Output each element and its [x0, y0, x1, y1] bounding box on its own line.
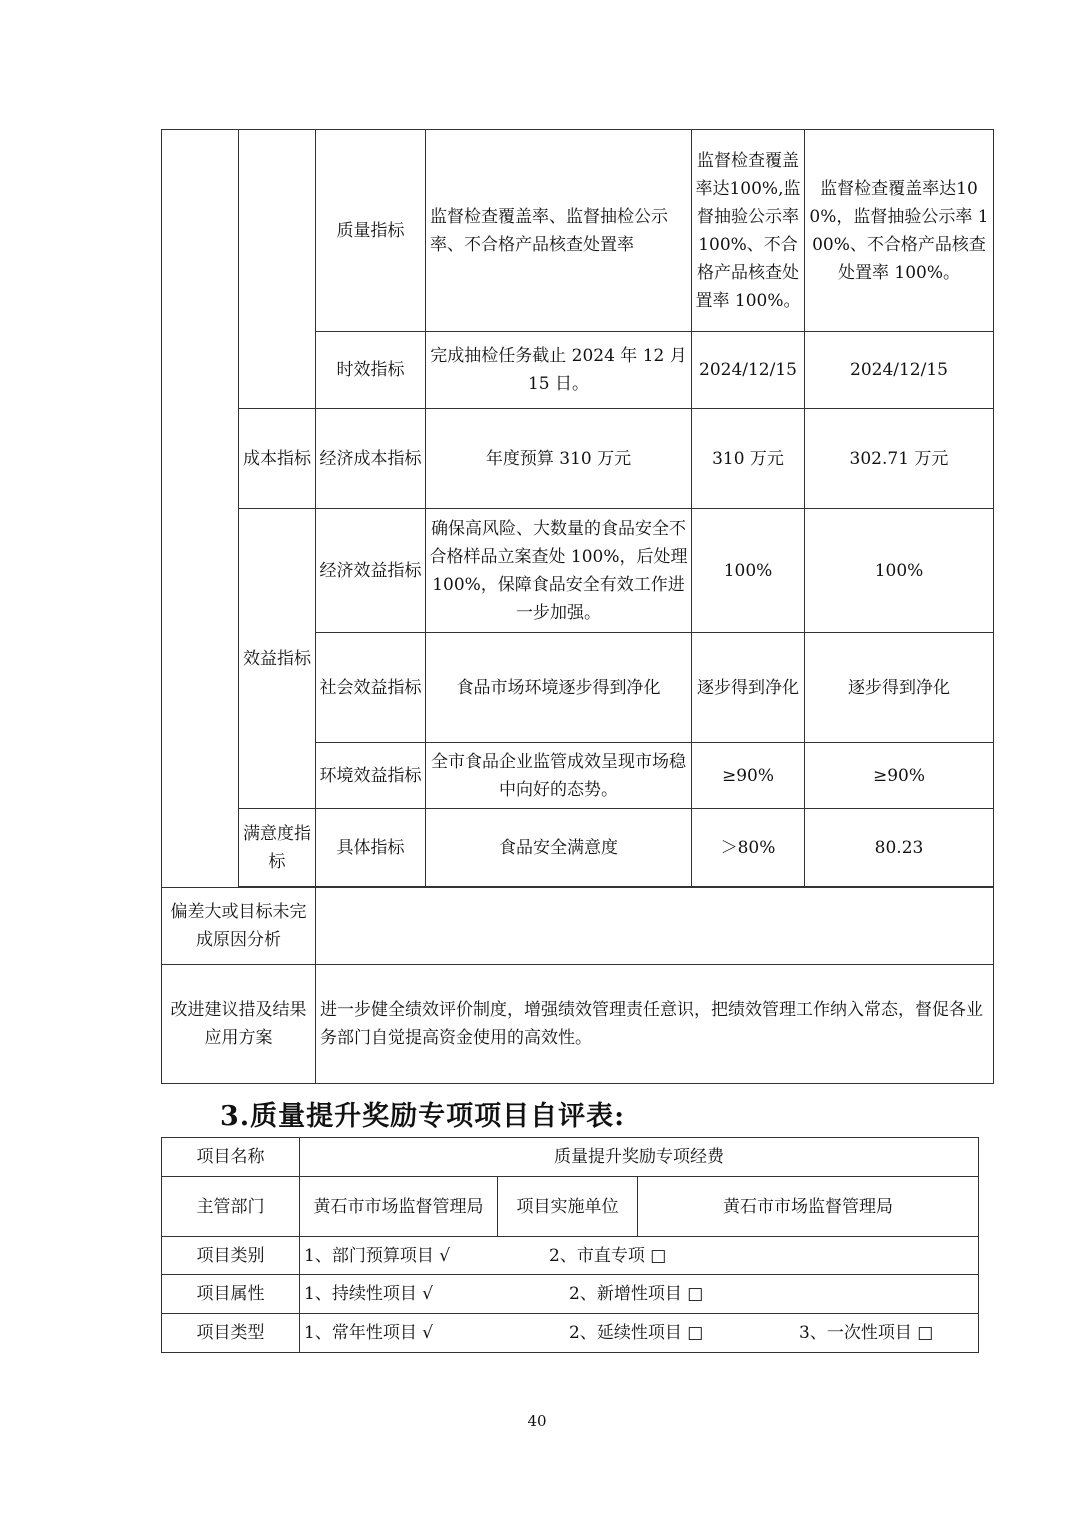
project-info-table: 项目名称 质量提升奖励专项经费 主管部门 黄石市市场监督管理局 项目实施单位 黄… [161, 1137, 979, 1353]
blank-category-cell [239, 130, 316, 409]
actual-cell: 302.71 万元 [805, 409, 994, 509]
impl-value: 黄石市市场监督管理局 [638, 1177, 979, 1237]
target-cell: 逐步得到净化 [692, 633, 805, 743]
table-row: 项目名称 质量提升奖励专项经费 [162, 1138, 979, 1177]
section-heading: 3.质量提升奖励专项项目自评表: [220, 1094, 625, 1133]
deviation-label: 偏差大或目标未完成原因分析 [162, 888, 316, 965]
project-name-label: 项目名称 [162, 1138, 300, 1177]
category-option-city: 2、市直专项 □ [549, 1242, 666, 1270]
metric-cell: 具体指标 [316, 809, 426, 887]
improvement-label: 改进建议措及结果应用方案 [162, 965, 316, 1084]
table-row: 项目类别 1、部门预算项目 √2、市直专项 □ [162, 1237, 979, 1275]
impl-label: 项目实施单位 [498, 1177, 638, 1237]
actual-cell: 80.23 [805, 809, 994, 887]
table-row: 项目属性 1、持续性项目 √2、新增性项目 □ [162, 1275, 979, 1314]
deviation-value [316, 888, 994, 965]
actual-cell: 逐步得到净化 [805, 633, 994, 743]
improvement-value: 进一步健全绩效评价制度，增强绩效管理责任意识，把绩效管理工作纳入常态，督促各业务… [316, 965, 994, 1084]
indicator-cell: 确保高风险、大数量的食品安全不合格样品立案查处 100%，后处理 100%，保障… [426, 509, 692, 633]
type-option-annual: 1、常年性项目 √ [304, 1319, 569, 1347]
indicator-cell: 全市食品企业监管成效呈现市场稳中向好的态势。 [426, 743, 692, 809]
metric-cell: 经济成本指标 [316, 409, 426, 509]
metric-cell: 时效指标 [316, 332, 426, 409]
category-cell: 成本指标 [239, 409, 316, 509]
actual-cell: 2024/12/15 [805, 332, 994, 409]
table-row: 项目类型 1、常年性项目 √2、延续性项目 □3、一次性项目 □ [162, 1314, 979, 1353]
indicator-cell: 监督检查覆盖率、监督抽检公示率、不合格产品核查处置率 [426, 130, 692, 332]
performance-indicator-table: 质量指标 监督检查覆盖率、监督抽检公示率、不合格产品核查处置率 监督检查覆盖率达… [161, 129, 994, 1084]
outer-blank-cell [162, 130, 239, 888]
target-cell: 100% [692, 509, 805, 633]
category-options: 1、部门预算项目 √2、市直专项 □ [300, 1237, 979, 1275]
metric-cell: 环境效益指标 [316, 743, 426, 809]
actual-cell: ≥90% [805, 743, 994, 809]
indicator-cell: 完成抽检任务截止 2024 年 12 月 15 日。 [426, 332, 692, 409]
indicator-cell: 食品市场环境逐步得到净化 [426, 633, 692, 743]
indicator-cell: 年度预算 310 万元 [426, 409, 692, 509]
category-cell: 满意度指标 [239, 809, 316, 887]
type-options: 1、常年性项目 √2、延续性项目 □3、一次性项目 □ [300, 1314, 979, 1353]
metric-cell: 质量指标 [316, 130, 426, 332]
type-label: 项目类型 [162, 1314, 300, 1353]
table-row: 满意度指标 具体指标 食品安全满意度 ＞80% 80.23 [162, 809, 994, 887]
page-number: 40 [0, 1412, 1074, 1430]
category-option-budget: 1、部门预算项目 √ [304, 1242, 549, 1270]
category-label: 项目类别 [162, 1237, 300, 1275]
table-row: 偏差大或目标未完成原因分析 [162, 888, 994, 965]
metric-cell: 社会效益指标 [316, 633, 426, 743]
attribute-option-continuing: 1、持续性项目 √ [304, 1280, 569, 1308]
actual-cell: 监督检查覆盖率达100%，监督抽验公示率 100%、不合格产品核查处置率 100… [805, 130, 994, 332]
target-cell: 310 万元 [692, 409, 805, 509]
type-option-onetime: 3、一次性项目 □ [799, 1319, 933, 1347]
category-cell: 效益指标 [239, 509, 316, 809]
attribute-options: 1、持续性项目 √2、新增性项目 □ [300, 1275, 979, 1314]
target-cell: ＞80% [692, 809, 805, 887]
table-row: 改进建议措及结果应用方案 进一步健全绩效评价制度，增强绩效管理责任意识，把绩效管… [162, 965, 994, 1084]
table-row: 主管部门 黄石市市场监督管理局 项目实施单位 黄石市市场监督管理局 [162, 1177, 979, 1237]
attribute-option-new: 2、新增性项目 □ [569, 1280, 703, 1308]
table-row: 成本指标 经济成本指标 年度预算 310 万元 310 万元 302.71 万元 [162, 409, 994, 509]
target-cell: ≥90% [692, 743, 805, 809]
target-cell: 2024/12/15 [692, 332, 805, 409]
table-row: 质量指标 监督检查覆盖率、监督抽检公示率、不合格产品核查处置率 监督检查覆盖率达… [162, 130, 994, 332]
target-cell: 监督检查覆盖率达100%,监督抽验公示率100%、不合格产品核查处置率 100%… [692, 130, 805, 332]
dept-label: 主管部门 [162, 1177, 300, 1237]
metric-cell: 经济效益指标 [316, 509, 426, 633]
attribute-label: 项目属性 [162, 1275, 300, 1314]
dept-value: 黄石市市场监督管理局 [300, 1177, 498, 1237]
project-name-value: 质量提升奖励专项经费 [300, 1138, 979, 1177]
actual-cell: 100% [805, 509, 994, 633]
table-row: 效益指标 经济效益指标 确保高风险、大数量的食品安全不合格样品立案查处 100%… [162, 509, 994, 633]
indicator-cell: 食品安全满意度 [426, 809, 692, 887]
type-option-extended: 2、延续性项目 □ [569, 1319, 799, 1347]
